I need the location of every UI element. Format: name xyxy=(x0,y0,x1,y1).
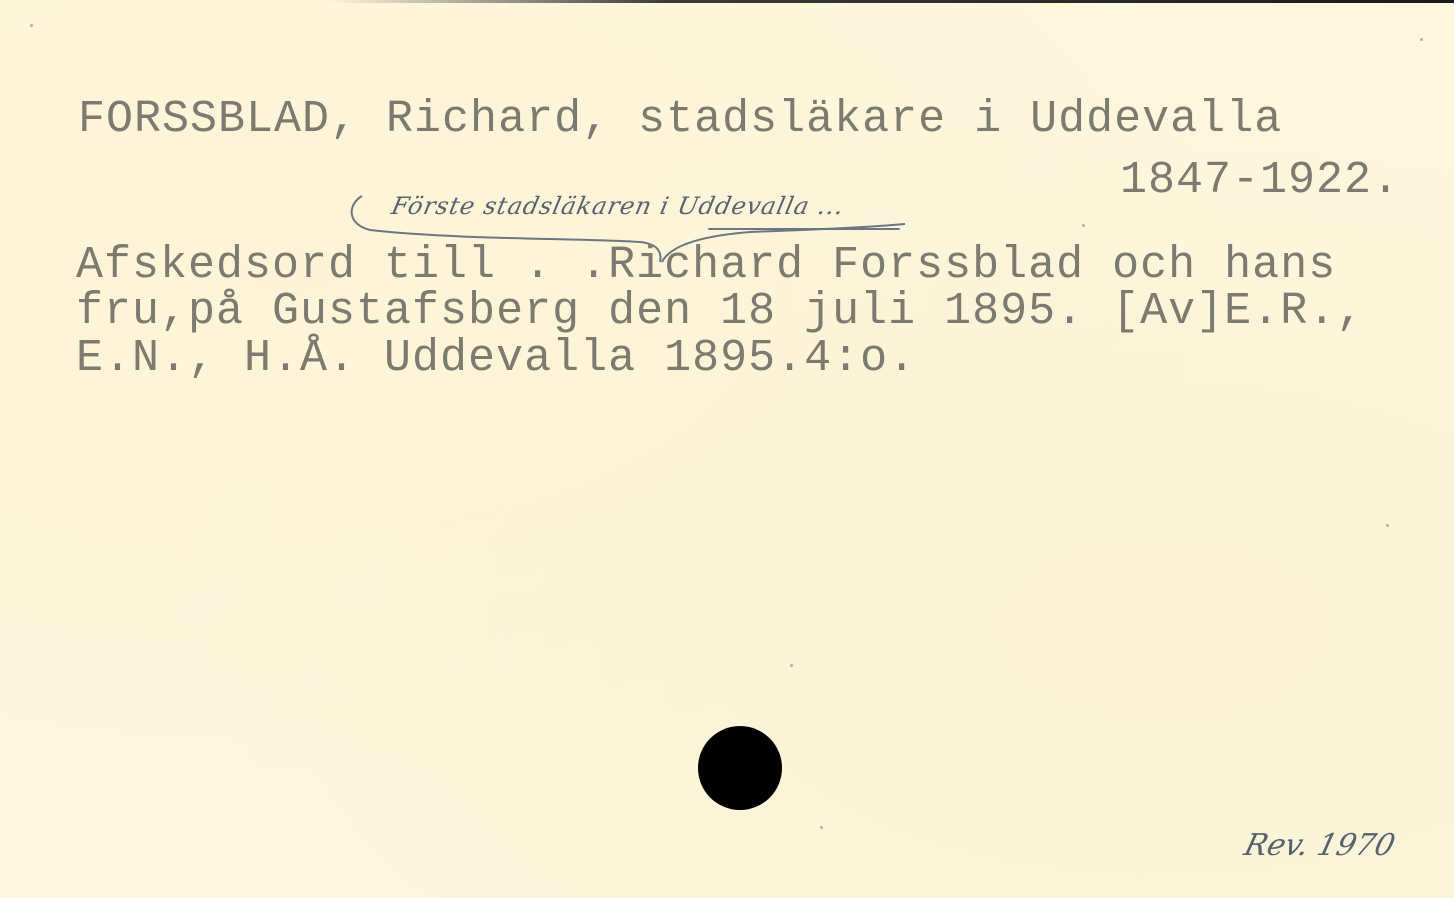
card-heading: FORSSBLAD, Richard, stadsläkare i Uddeva… xyxy=(78,92,1282,148)
author-name: FORSSBLAD, Richard, xyxy=(78,94,610,145)
annotation-underline xyxy=(708,228,900,230)
title-line-3: E.N., H.Å. Uddevalla 1895.4:o. xyxy=(76,336,916,382)
revision-note: Rev. 1970 xyxy=(1241,828,1399,863)
title-line-2: fru,på Gustafsberg den 18 juli 1895. [Av… xyxy=(76,289,1364,335)
handwritten-annotation: Förste stadsläkaren i Uddevalla ... xyxy=(389,192,847,220)
paper-speck xyxy=(30,24,33,27)
author-dates: 1847-1922. xyxy=(1120,153,1400,209)
scan-edge xyxy=(330,0,1454,3)
paper-speck xyxy=(1420,38,1423,41)
paper-speck xyxy=(1386,524,1389,527)
punch-hole xyxy=(698,726,782,810)
paper-speck xyxy=(1082,224,1085,227)
paper-speck xyxy=(820,826,823,829)
title-line-1: Afskedsord till . .Richard Forssblad och… xyxy=(76,243,1336,289)
paper-speck xyxy=(790,664,793,667)
author-description: stadsläkare i Uddevalla xyxy=(610,94,1282,145)
catalog-card: FORSSBLAD, Richard, stadsläkare i Uddeva… xyxy=(0,0,1454,898)
